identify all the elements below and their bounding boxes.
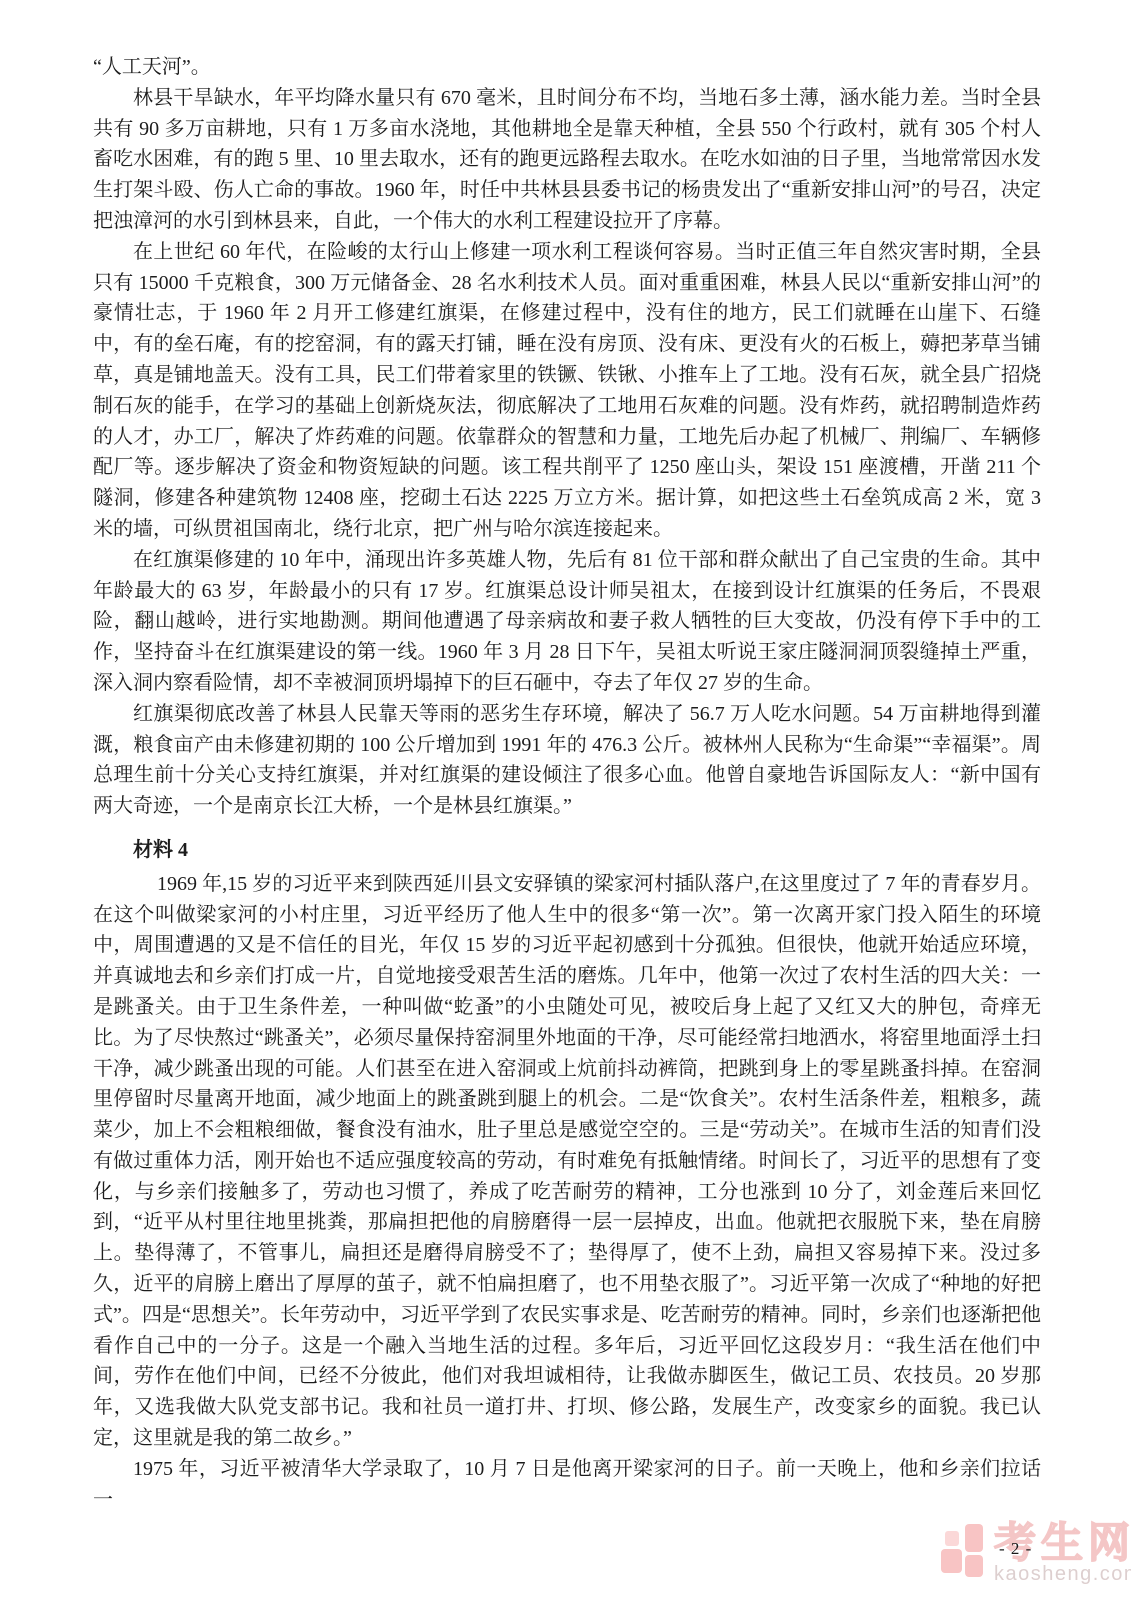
logo-block-top-right	[965, 1524, 983, 1552]
page-number: - 2 -	[999, 1539, 1032, 1559]
document-page: “人工天河”。 林县干旱缺水，年平均降水量只有 670 毫米，且时间分布不均，当…	[0, 0, 1131, 1600]
paragraph-liangjiahe-1969: 1969 年,15 岁的习近平来到陕西延川县文安驿镇的梁家河村插队落户,在这里度…	[93, 869, 1041, 1454]
paragraph-tsinghua-1975: 1975 年，习近平被清华大学录取了，10 月 7 日是他离开梁家河的日子。前一…	[93, 1454, 1041, 1516]
paragraph-linxian-drought: 林县干旱缺水，年平均降水量只有 670 毫米，且时间分布不均，当地石多土薄，涵水…	[93, 83, 1041, 237]
kaosheng-logo-icon	[941, 1522, 985, 1579]
paragraph-rengong-tianhe-tail: “人工天河”。	[93, 52, 1041, 83]
watermark-brand-domain: kaosheng.com	[994, 1564, 1131, 1584]
document-body: “人工天河”。 林县干旱缺水，年平均降水量只有 670 毫米，且时间分布不均，当…	[93, 52, 1041, 1515]
logo-block-top-left	[945, 1531, 959, 1546]
paragraph-heroes-wuzutai: 在红旗渠修建的 10 年中，涌现出许多英雄人物，先后有 81 位干部和群众献出了…	[93, 545, 1041, 699]
material-4-heading: 材料 4	[93, 835, 1041, 866]
kaosheng-watermark: 考生网 kaosheng.com	[941, 1522, 1131, 1584]
logo-block-bottom-left	[941, 1549, 962, 1573]
logo-block-bottom-right	[965, 1555, 983, 1577]
paragraph-canal-benefits: 红旗渠彻底改善了林县人民靠天等雨的恶劣生存环境，解决了 56.7 万人吃水问题。…	[93, 699, 1041, 822]
paragraph-canal-construction: 在上世纪 60 年代，在险峻的太行山上修建一项水利工程谈何容易。当时正值三年自然…	[93, 237, 1041, 545]
